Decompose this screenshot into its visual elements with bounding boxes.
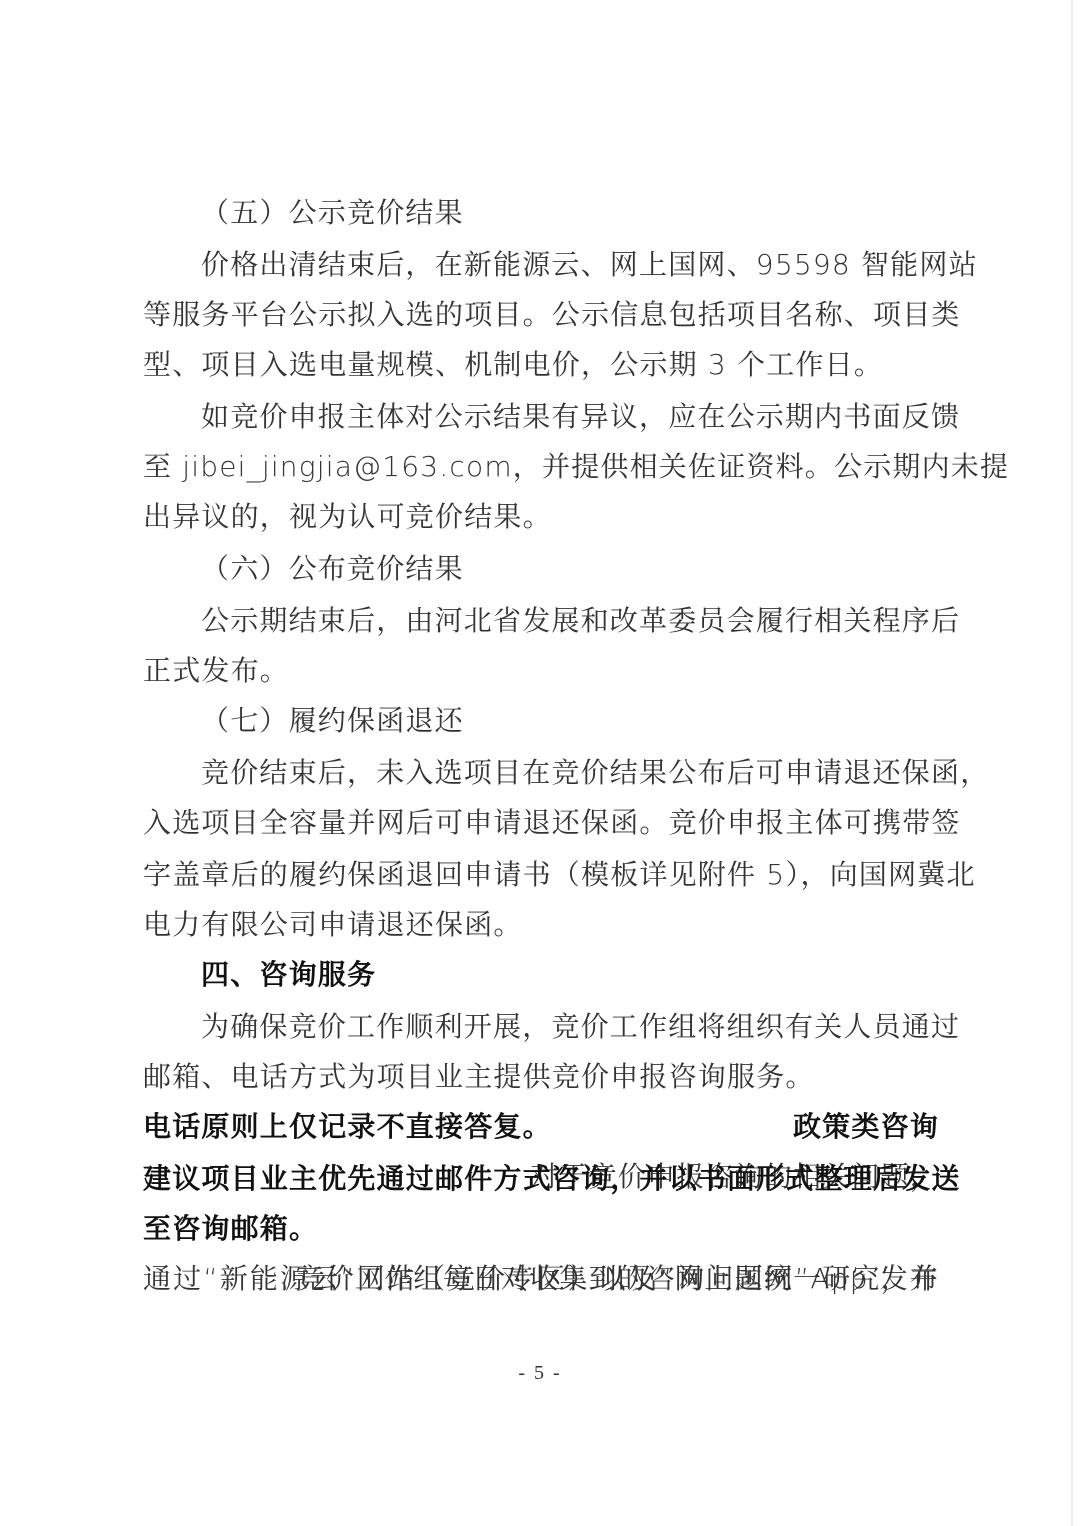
paragraph-line-mixed: 至咨询邮箱。竞价工作组每日对收集到的咨询问题统一研究，并 [143,1204,939,1254]
section-heading-7: （七）履约保函退还 [201,696,464,746]
paragraph-line: 竞价结束后，未入选项目在竞价结果公布后可申请退还保函， [201,748,939,798]
paragraph-line: 电力有限公司申请退还保函。 [143,900,523,950]
bold-emphasis: 至咨询邮箱。 [143,1212,318,1245]
paragraph-line: 公示期结束后，由河北省发展和改革委员会履行相关程序后 [201,596,939,646]
page-number: - 5 - [0,1362,1080,1385]
paragraph-line: 如竞价申报主体对公示结果有异议，应在公示期内书面反馈 [201,392,939,442]
paragraph-line: 型、项目入选电量规模、机制电价，公示期 3 个工作日。 [143,340,883,390]
paragraph-line: 价格出清结束后，在新能源云、网上国网、95598 智能网站 [201,240,939,290]
paragraph-line: 正式发布。 [143,646,289,696]
paragraph-line: 入选项目全容量并网后可申请退还保函。竞价申报主体可携带签 [143,798,939,848]
paragraph-line: 等服务平台公示拟入选的项目。公示信息包括项目名称、项目类 [143,290,939,340]
paragraph-line-mixed: 邮箱、电话方式为项目业主提供竞价申报咨询服务。政策类咨询 [143,1052,939,1102]
paragraph-line-email: 至 jibei_jingjia@163.com，并提供相关佐证资料。公示期内未提 [143,442,939,492]
paragraph-line: 通过“新能源云”网站（竞价专区）以及“网上国网”App 发布 [143,1254,939,1304]
paragraph-line: 出异议的，视为认可竞价结果。 [143,492,552,542]
paragraph-line-mixed: 电话原则上仅记录不直接答复。对于竞价申报咨询的相关问题， [143,1102,939,1152]
paragraph-line: 字盖章后的履约保函退回申请书（模板详见附件 5），向国网冀北 [143,850,939,900]
section-heading-consulting: 四、咨询服务 [201,950,376,1000]
paragraph-line: 为确保竞价工作顺利开展，竞价工作组将组织有关人员通过 [201,1002,939,1052]
section-heading-5: （五）公示竞价结果 [201,188,464,238]
bold-emphasis: 电话原则上仅记录不直接答复。 [143,1110,552,1143]
paragraph-text: 邮箱、电话方式为项目业主提供竞价申报咨询服务。 [143,1060,815,1093]
scan-edge-line [1071,0,1073,1526]
bold-emphasis-line: 建议项目业主优先通过邮件方式咨询，并以书面形式整理后发送 [143,1154,939,1204]
section-heading-6: （六）公布竞价结果 [201,544,464,594]
